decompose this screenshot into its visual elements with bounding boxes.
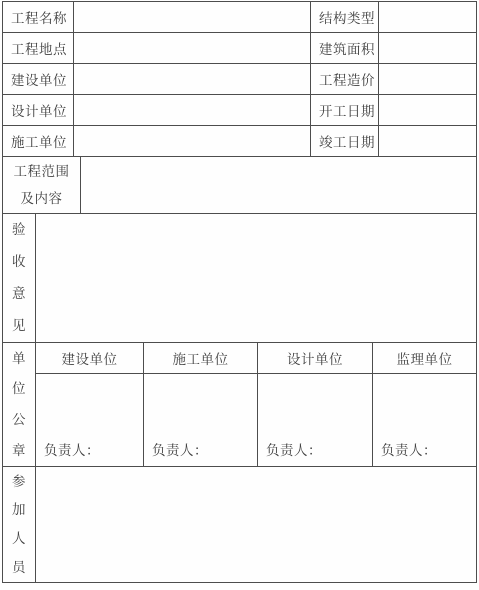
seal-supervision-header: 监理单位 <box>373 343 477 374</box>
building-area-field[interactable] <box>379 33 477 64</box>
design-unit-label: 设计单位 <box>3 95 74 126</box>
seal-supervision-responsible-label: 负责人： <box>381 439 437 459</box>
design-unit-field[interactable] <box>74 95 311 126</box>
acceptance-label: 验收意见 <box>3 214 36 343</box>
seal-owner-stamp-area[interactable]: 负责人： <box>36 374 144 467</box>
seal-owner-header: 建设单位 <box>36 343 144 374</box>
scope-row: 工程范围及内容 <box>3 157 477 214</box>
seal-col-supervision: 监理单位 负责人： <box>373 343 477 467</box>
project-name-label: 工程名称 <box>3 2 74 33</box>
participants-row: 参加人员 <box>3 467 477 583</box>
seal-row: 单位公章 建设单位 负责人： 施工单位 负责人： 设计单位 <box>3 343 477 467</box>
info-row-design-unit: 设计单位 开工日期 <box>3 95 477 126</box>
project-location-field[interactable] <box>74 33 311 64</box>
project-location-label: 工程地点 <box>3 33 74 64</box>
project-acceptance-form: 工程名称 结构类型 工程地点 建筑面积 建设单位 工程造价 设计单位 开工日期 … <box>2 1 477 583</box>
seal-col-construction: 施工单位 负责人： <box>144 343 258 467</box>
seal-owner-responsible-label: 负责人： <box>44 439 100 459</box>
owner-unit-label: 建设单位 <box>3 64 74 95</box>
scope-field[interactable] <box>81 157 477 214</box>
acceptance-field[interactable] <box>36 214 477 343</box>
seal-construction-header: 施工单位 <box>144 343 258 374</box>
seal-design-header: 设计单位 <box>258 343 373 374</box>
start-date-field[interactable] <box>379 95 477 126</box>
seal-construction-responsible-label: 负责人： <box>152 439 208 459</box>
acceptance-row: 验收意见 <box>3 214 477 343</box>
seal-col-design: 设计单位 负责人： <box>258 343 373 467</box>
scope-label: 工程范围及内容 <box>3 157 81 214</box>
seal-construction-stamp-area[interactable]: 负责人： <box>144 374 258 467</box>
completion-date-field[interactable] <box>379 126 477 157</box>
building-area-label: 建筑面积 <box>311 33 379 64</box>
seal-grid: 建设单位 负责人： 施工单位 负责人： 设计单位 负责人： <box>36 343 477 467</box>
structure-type-field[interactable] <box>379 2 477 33</box>
participants-field[interactable] <box>36 467 477 583</box>
project-cost-field[interactable] <box>379 64 477 95</box>
seal-label: 单位公章 <box>3 343 36 467</box>
participants-label: 参加人员 <box>3 467 36 583</box>
project-name-field[interactable] <box>74 2 311 33</box>
owner-unit-field[interactable] <box>74 64 311 95</box>
construction-unit-label: 施工单位 <box>3 126 74 157</box>
info-row-construction-unit: 施工单位 竣工日期 <box>3 126 477 157</box>
info-row-project-location: 工程地点 建筑面积 <box>3 33 477 64</box>
form-page: 工程名称 结构类型 工程地点 建筑面积 建设单位 工程造价 设计单位 开工日期 … <box>0 0 479 590</box>
construction-unit-field[interactable] <box>74 126 311 157</box>
project-cost-label: 工程造价 <box>311 64 379 95</box>
start-date-label: 开工日期 <box>311 95 379 126</box>
seal-design-stamp-area[interactable]: 负责人： <box>258 374 373 467</box>
info-row-owner-unit: 建设单位 工程造价 <box>3 64 477 95</box>
info-row-project-name: 工程名称 结构类型 <box>3 2 477 33</box>
seal-col-owner: 建设单位 负责人： <box>36 343 144 467</box>
seal-design-responsible-label: 负责人： <box>266 439 322 459</box>
structure-type-label: 结构类型 <box>311 2 379 33</box>
seal-supervision-stamp-area[interactable]: 负责人： <box>373 374 477 467</box>
completion-date-label: 竣工日期 <box>311 126 379 157</box>
